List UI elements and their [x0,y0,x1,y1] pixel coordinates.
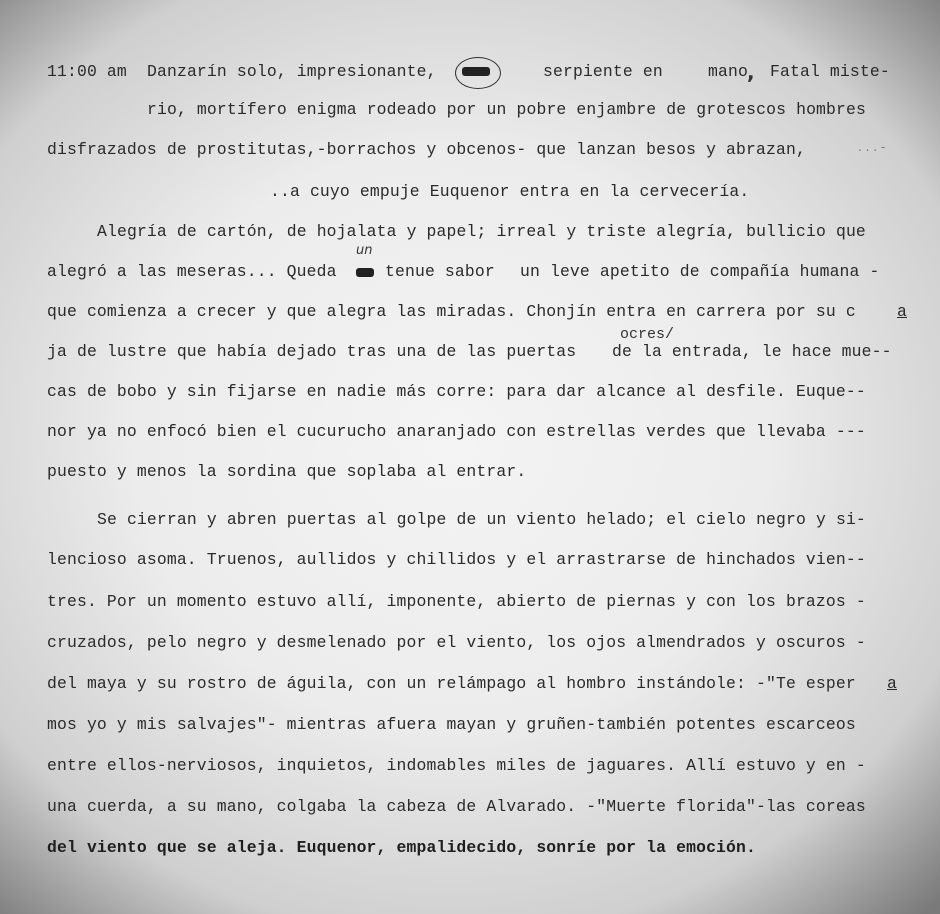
text-line-5: Alegría de cartón, de hojalata y papel; … [97,222,866,242]
text-line-2: rio, mortífero enigma rodeado por un pob… [147,100,866,120]
bleed-through-text [70,14,727,31]
text-line-10: nor ya no enfocó bien el cucurucho anara… [47,422,866,442]
underlined-letter: a [887,674,897,694]
text-line-17: mos yo y mis salvajes"- mientras afuera … [47,715,856,735]
handwritten-comma: , [747,60,755,84]
text-line-1c: mano [708,62,748,82]
handwritten-insert-ocres: ocres/ [620,326,674,343]
text-line-8a: ja de lustre que había dejado tras una d… [47,342,576,362]
scanned-typewritten-page: 11:00 am Danzarín solo, impresionante, s… [0,0,940,914]
text-line-8b: de la entrada, le hace mue-- [612,342,892,362]
text-line-7: que comienza a crecer y que alegra las m… [47,302,856,322]
text-line-16: del maya y su rostro de águila, con un r… [47,674,856,694]
text-line-11: puesto y menos la sordina que soplaba al… [47,462,526,482]
handwritten-insert-un: un [356,243,372,258]
text-line-1a: Danzarín solo, impresionante, [147,62,437,82]
text-line-6b: tenue sabor [385,262,495,282]
text-line-1d: Fatal miste- [770,62,890,82]
time-label: 11:00 am [47,62,127,82]
text-line-4: ..a cuyo empuje Euquenor entra en la cer… [270,182,749,202]
struck-out-word [462,67,490,76]
text-line-20: del viento que se aleja. Euquenor, empal… [47,838,756,858]
text-line-15: cruzados, pelo negro y desmelenado por e… [47,633,866,653]
text-line-18: entre ellos-nerviosos, inquietos, indoma… [47,756,866,776]
text-line-14: tres. Por un momento estuvo allí, impone… [47,592,866,612]
text-line-9: cas de bobo y sin fijarse en nadie más c… [47,382,866,402]
text-line-12: Se cierran y abren puertas al golpe de u… [97,510,866,530]
text-line-1b: serpiente en [543,62,663,82]
text-line-6a: alegró a las meseras... Queda [47,262,337,282]
text-line-6c: un leve apetito de compañía humana - [520,262,880,282]
underlined-letter: a [897,302,907,322]
text-line-13: lencioso asoma. Truenos, aullidos y chil… [47,550,866,570]
text-line-19: una cuerda, a su mano, colgaba la cabeza… [47,797,866,817]
margin-dots: . . . - [858,140,885,154]
struck-out-word [356,268,374,277]
text-line-3: disfrazados de prostitutas,-borrachos y … [47,140,806,160]
